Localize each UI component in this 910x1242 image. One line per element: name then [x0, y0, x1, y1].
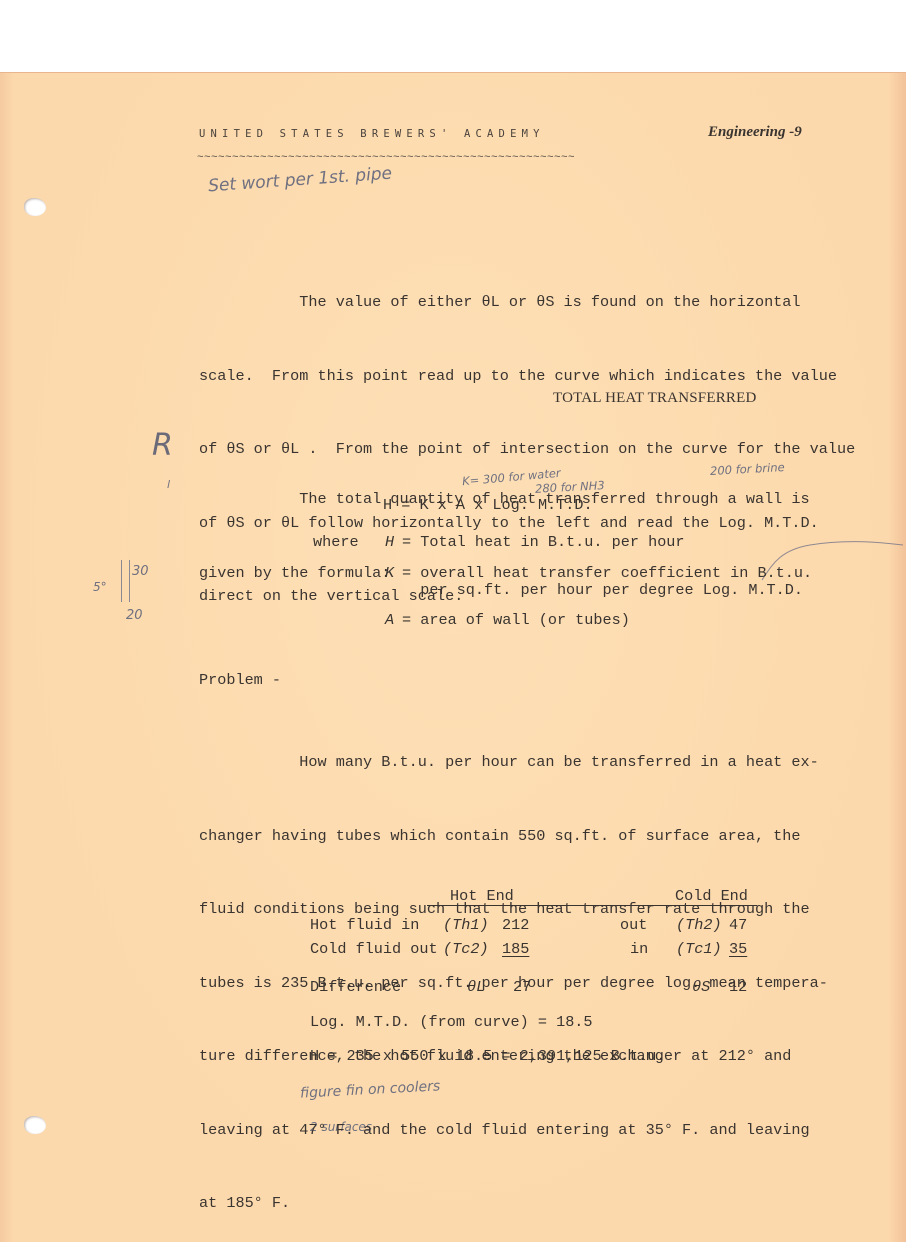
- handwritten-margin-30: 30: [132, 564, 149, 579]
- punch-hole-top: [24, 198, 46, 216]
- row-hot-fluid-cold-val: 47: [729, 916, 747, 934]
- handwritten-margin-5: 5°: [93, 580, 107, 594]
- row-hot-fluid-hot-val: 212: [502, 916, 529, 934]
- difference-cold-sym: θS: [692, 978, 710, 996]
- problem-line: changer having tubes which contain 550 s…: [199, 824, 828, 849]
- table-header-rule: [427, 905, 757, 906]
- definition-k-cont: per sq.ft. per hour per degree Log. M.T.…: [402, 581, 803, 599]
- row-hot-fluid-cold-sym: (Th2): [676, 916, 722, 934]
- definition-a: = area of wall (or tubes): [402, 611, 630, 629]
- symbol-h: H: [385, 533, 394, 551]
- row-cold-fluid-hot-sym: (Tc2): [443, 940, 489, 958]
- intro-line: The value of either θL or θS is found on…: [199, 290, 855, 315]
- difference-hot-sym: θL: [467, 978, 485, 996]
- row-hot-fluid-dir: out: [620, 916, 647, 934]
- row-cold-fluid-dir: in: [630, 940, 648, 958]
- problem-line: leaving at 47° F. and the cold fluid ent…: [199, 1118, 828, 1143]
- row-cold-fluid-label: Cold fluid out: [310, 940, 438, 958]
- definition-h: = Total heat in B.t.u. per hour: [402, 533, 685, 551]
- row-hot-fluid-label: Hot fluid in: [310, 916, 419, 934]
- section-heading: TOTAL HEAT TRANSFERRED: [553, 390, 757, 407]
- log-mtd-result: Log. M.T.D. (from curve) = 18.5: [310, 1013, 593, 1031]
- handwritten-margin-20: 20: [126, 608, 143, 623]
- problem-line: How many B.t.u. per hour can be transfer…: [199, 750, 828, 775]
- row-hot-fluid-hot-sym: (Th1): [443, 916, 489, 934]
- heat-formula: H = K x A x Log. M.T.D.: [383, 496, 593, 514]
- where-label: where: [313, 533, 359, 551]
- definition-k: = overall heat transfer coefficient in B…: [402, 564, 812, 582]
- row-cold-fluid-cold-val: 35: [729, 940, 747, 958]
- handwritten-double-line: [121, 560, 130, 602]
- difference-cold-val: 12: [729, 978, 747, 996]
- problem-line: at 185° F.: [199, 1191, 828, 1216]
- problem-label: Problem -: [199, 671, 281, 689]
- symbol-k: K: [385, 564, 394, 582]
- heat-result: H = 235 x 550 x 18.5 = 2,391,125 B.t.u.: [310, 1047, 665, 1065]
- punch-hole-bottom: [24, 1116, 46, 1134]
- intro-line: scale. From this point read up to the cu…: [199, 364, 855, 389]
- cold-end-header: Cold End: [675, 887, 748, 905]
- handwritten-margin-r: R: [152, 428, 173, 463]
- section-label: Engineering -9: [708, 124, 802, 141]
- institution-header: UNITED STATES BREWERS' ACADEMY: [199, 128, 545, 140]
- difference-hot-val: 27: [513, 978, 531, 996]
- problem-paragraph: How many B.t.u. per hour can be transfer…: [199, 701, 828, 1240]
- row-cold-fluid-hot-val: 185: [502, 940, 529, 958]
- hot-end-header: Hot End: [450, 887, 514, 905]
- wavy-divider: ~~~~~~~~~~~~~~~~~~~~~~~~~~~~~~~~~~~~~~~~…: [197, 152, 575, 164]
- row-cold-fluid-cold-sym: (Tc1): [676, 940, 722, 958]
- handwritten-margin-l: l: [167, 478, 170, 491]
- definitions-block: where H = Total heat in B.t.u. per hour …: [313, 533, 332, 695]
- symbol-a: A: [385, 611, 394, 629]
- difference-label: Difference: [310, 978, 401, 996]
